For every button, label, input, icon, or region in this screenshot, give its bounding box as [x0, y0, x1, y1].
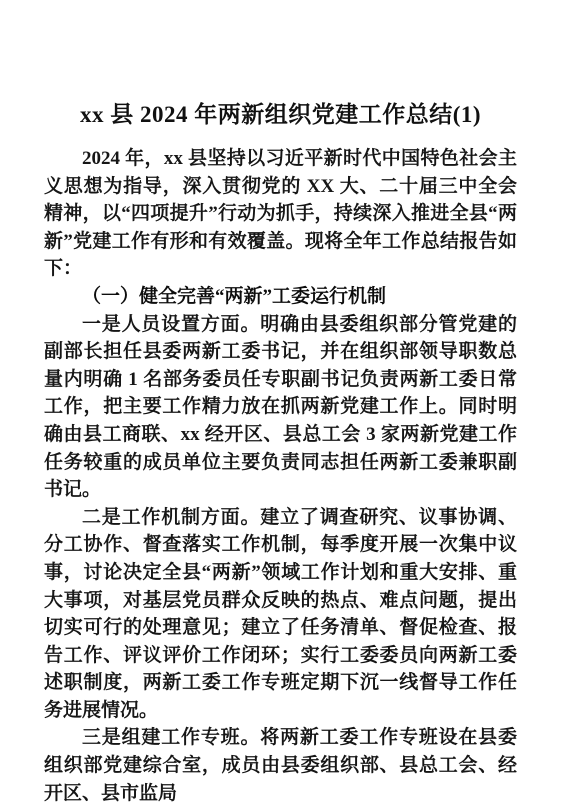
document-body: 2024 年，xx 县坚持以习近平新时代中国特色社会主义思想为指导，深入贯彻党的… — [44, 145, 517, 807]
document-page: xx 县 2024 年两新组织党建工作总结(1) 2024 年，xx 县坚持以习… — [0, 0, 570, 807]
paragraph: 三是组建工作专班。将两新工委工作专班设在县委组织部党建综合室，成员由县委组织部、… — [44, 724, 517, 807]
document-title: xx 县 2024 年两新组织党建工作总结(1) — [44, 98, 517, 132]
paragraph: 二是工作机制方面。建立了调查研究、议事协调、分工协作、督查落实工作机制，每季度开… — [44, 504, 517, 725]
section-heading: （一）健全完善“两新”工委运行机制 — [44, 283, 517, 311]
paragraph: 2024 年，xx 县坚持以习近平新时代中国特色社会主义思想为指导，深入贯彻党的… — [44, 145, 517, 283]
paragraph: 一是人员设置方面。明确由县委组织部分管党建的副部长担任县委两新工委书记，并在组织… — [44, 311, 517, 504]
